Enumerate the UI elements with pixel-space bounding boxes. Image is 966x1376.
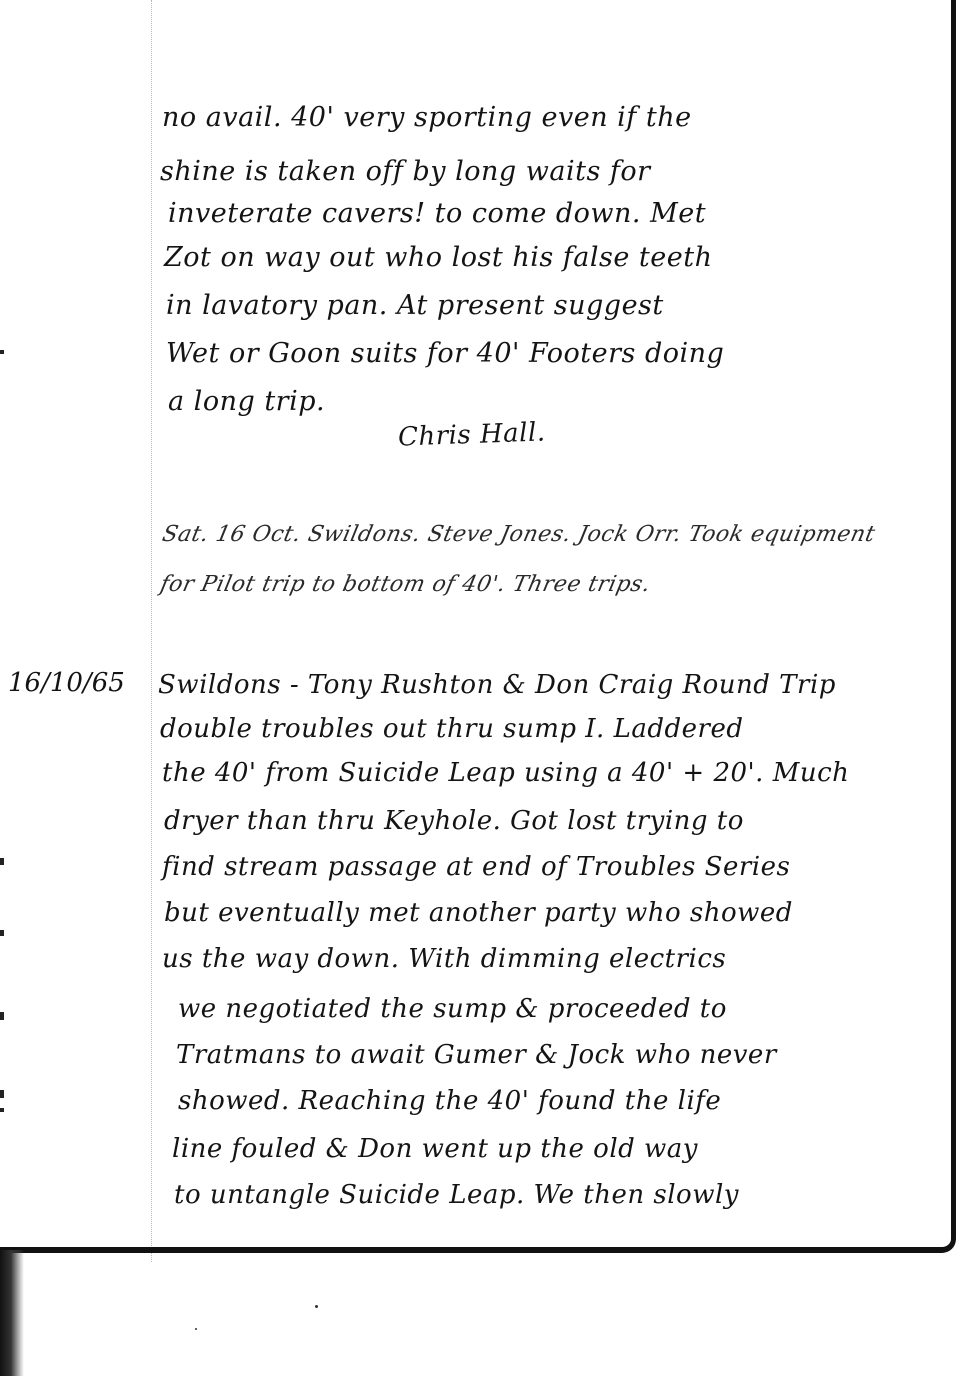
scan-speck xyxy=(0,1012,4,1020)
entry-line: showed. Reaching the 40' found the life xyxy=(178,1086,721,1116)
entry-line: Swildons - Tony Rushton & Don Craig Roun… xyxy=(158,670,836,700)
scan-speck xyxy=(0,1090,4,1098)
entry-line: we negotiated the sump & proceeded to xyxy=(178,994,727,1024)
margin-date: 16/10/65 xyxy=(8,668,125,698)
logbook-page: no avail. 40' very sporting even if the … xyxy=(0,0,966,1376)
entry-line: Wet or Goon suits for 40' Footers doing xyxy=(166,338,724,369)
entry-line: us the way down. With dimming electrics xyxy=(162,944,726,974)
entry-line: but eventually met another party who sho… xyxy=(164,898,793,928)
entry-line: no avail. 40' very sporting even if the xyxy=(162,102,692,133)
entry-line: find stream passage at end of Troubles S… xyxy=(162,852,790,882)
scan-speck xyxy=(0,858,4,865)
scan-speck xyxy=(0,930,4,936)
scan-speck xyxy=(195,1328,197,1330)
entry-line: Tratmans to await Gumer & Jock who never xyxy=(176,1040,777,1070)
entry-line: Zot on way out who lost his false teeth xyxy=(164,242,712,273)
entry-line: Sat. 16 Oct. Swildons. Steve Jones. Jock… xyxy=(160,522,878,547)
entry-line: a long trip. xyxy=(168,386,325,417)
entry-line: shine is taken off by long waits for xyxy=(160,156,651,187)
entry-line: inveterate cavers! to come down. Met xyxy=(168,198,706,229)
entry-line: double troubles out thru sump I. Laddere… xyxy=(160,714,743,744)
entry-line: the 40' from Suicide Leap using a 40' + … xyxy=(162,758,849,788)
scan-edge-shadow xyxy=(0,1250,24,1376)
entry-line: dryer than thru Keyhole. Got lost trying… xyxy=(164,806,744,836)
entry-line: to untangle Suicide Leap. We then slowly xyxy=(174,1180,739,1210)
entry-line: for Pilot trip to bottom of 40'. Three t… xyxy=(158,572,653,597)
entry-line: line fouled & Don went up the old way xyxy=(172,1134,698,1164)
scan-speck xyxy=(0,1108,4,1112)
scan-speck xyxy=(0,350,4,354)
signature: Chris Hall. xyxy=(398,417,547,452)
entry-line: in lavatory pan. At present suggest xyxy=(166,290,664,321)
scan-speck xyxy=(315,1305,318,1308)
